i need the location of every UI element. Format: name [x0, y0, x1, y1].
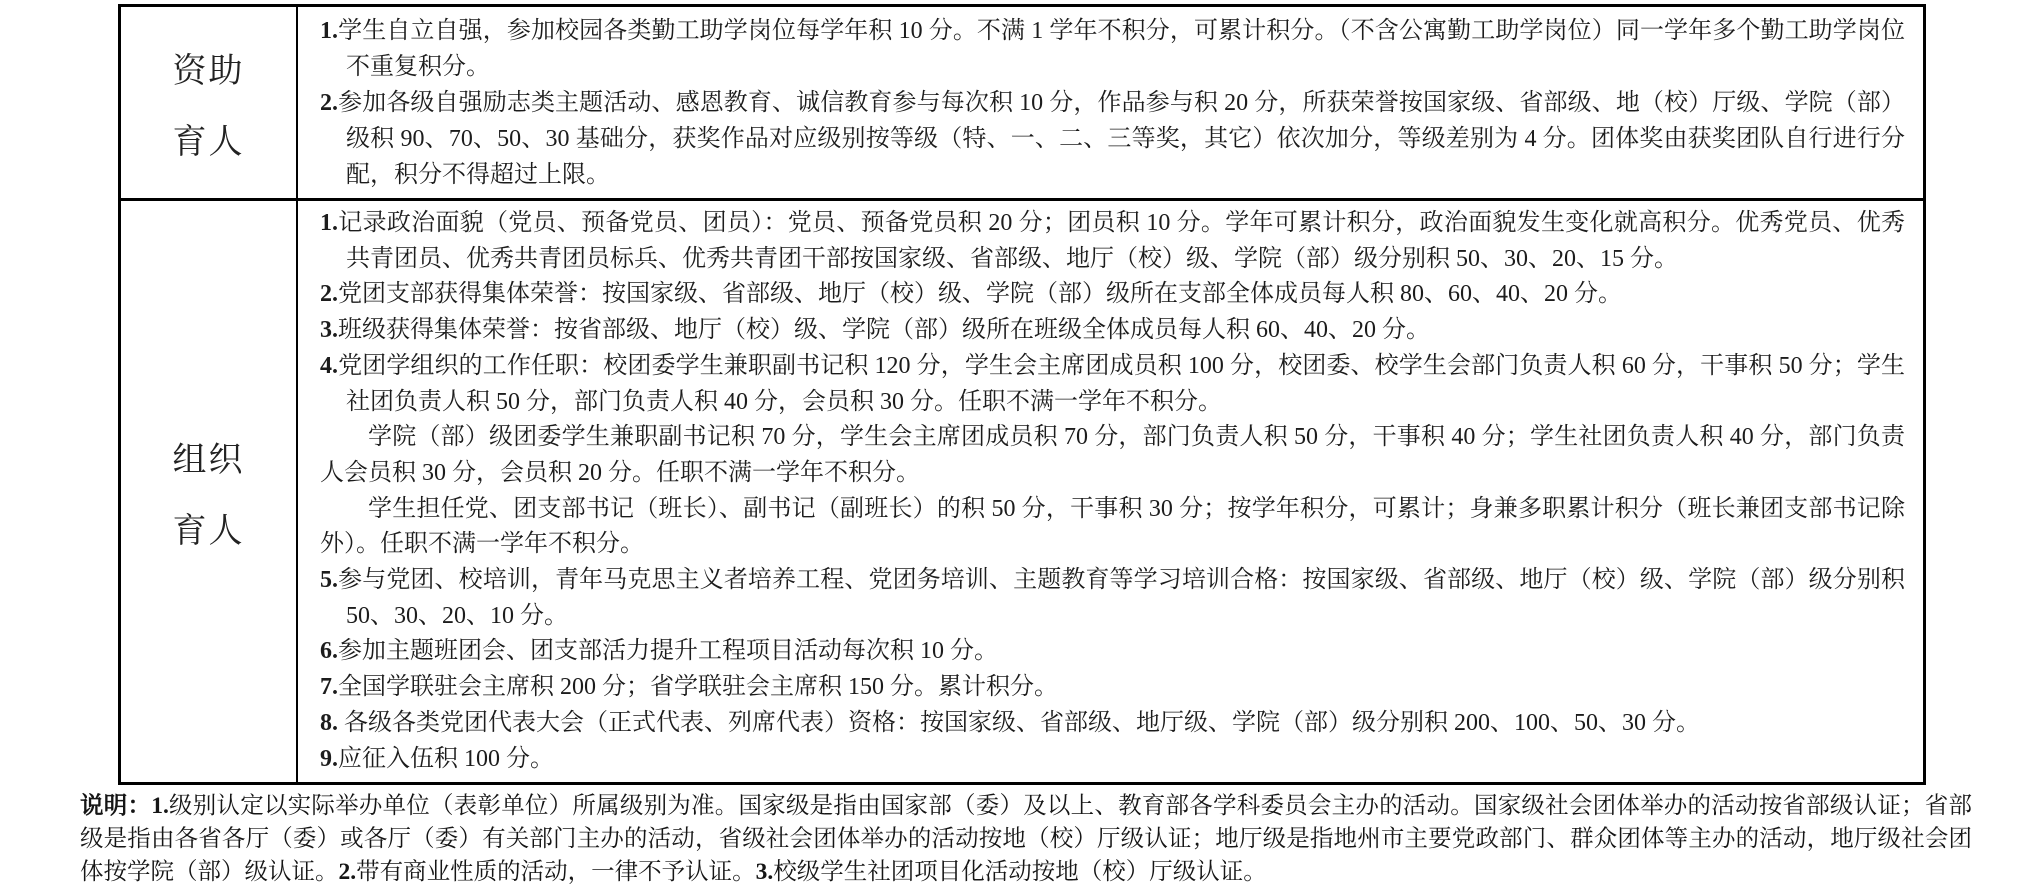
note-item-text: 带有商业性质的活动，一律不予认证。	[356, 859, 756, 885]
item-text: 各级各类党团代表大会（正式代表、列席代表）资格：按国家级、省部级、地厅级、学院（…	[338, 710, 1700, 736]
rule-subitem: 学生担任党、团支部书记（班长）、副书记（副班长）的积 50 分，干事积 30 分…	[320, 492, 1905, 563]
note-item-text: 校级学生社团项目化活动按地（校）厅级认证。	[773, 859, 1267, 885]
item-number: 2.	[320, 90, 338, 116]
note-item-number: 3.	[756, 859, 774, 885]
rule-item: 9.应征入伍积 100 分。	[320, 742, 1905, 778]
item-text: 全国学联驻会主席积 200 分；省学联驻会主席积 150 分。累计积分。	[338, 674, 1058, 700]
note-item-number: 2.	[339, 859, 357, 885]
category-label-line2: 育人	[173, 114, 245, 163]
rule-item: 8. 各级各类党团代表大会（正式代表、列席代表）资格：按国家级、省部级、地厅级、…	[320, 706, 1905, 742]
item-text: 记录政治面貌（党员、预备党员、团员）：党员、预备党员积 20 分；团员积 10 …	[338, 210, 1905, 272]
rule-item: 1.学生自立自强，参加校园各类勤工助学岗位每学年积 10 分。不满 1 学年不积…	[320, 13, 1905, 85]
item-text: 党团学组织的工作任职：校团委学生兼职副书记积 120 分，学生会主席团成员积 1…	[338, 353, 1905, 415]
item-number: 6.	[320, 638, 338, 664]
item-text: 学生担任党、团支部书记（班长）、副书记（副班长）的积 50 分，干事积 30 分…	[320, 496, 1905, 558]
table-row-zuzhi-yuren: 组织 育人 1.记录政治面貌（党员、预备党员、团员）：党员、预备党员积 20 分…	[121, 198, 1923, 782]
category-label-line2: 育人	[173, 503, 245, 552]
item-number: 1.	[320, 210, 338, 236]
item-text: 参与党团、校培训，青年马克思主义者培养工程、党团务培训、主题教育等学习培训合格：…	[338, 567, 1905, 629]
item-number: 7.	[320, 674, 338, 700]
category-label-line1: 组织	[173, 432, 245, 481]
points-table: 资助 育人 1.学生自立自强，参加校园各类勤工助学岗位每学年积 10 分。不满 …	[118, 4, 1926, 785]
item-text: 学院（部）级团委学生兼职副书记积 70 分，学生会主席团成员积 70 分，部门负…	[320, 424, 1905, 486]
item-number: 3.	[320, 317, 338, 343]
rule-item: 7.全国学联驻会主席积 200 分；省学联驻会主席积 150 分。累计积分。	[320, 670, 1905, 706]
rule-item: 2.参加各级自强励志类主题活动、感恩教育、诚信教育参与每次积 10 分，作品参与…	[320, 85, 1905, 193]
notes-paragraph: 说明：1.级别认定以实际举办单位（表彰单位）所属级别为准。国家级是指由国家部（委…	[80, 790, 1972, 886]
rule-item: 3.班级获得集体荣誉：按省部级、地厅（校）级、学院（部）级所在班级全体成员每人积…	[320, 313, 1905, 349]
category-label-line1: 资助	[173, 43, 245, 92]
item-text: 应征入伍积 100 分。	[338, 746, 554, 772]
item-number: 8.	[320, 710, 338, 736]
item-number: 1.	[320, 18, 338, 44]
notes-section: 说明：1.级别认定以实际举办单位（表彰单位）所属级别为准。国家级是指由国家部（委…	[80, 790, 1972, 886]
category-cell-zizhu-yuren: 资助 育人	[121, 7, 298, 198]
rules-cell-zizhu: 1.学生自立自强，参加校园各类勤工助学岗位每学年积 10 分。不满 1 学年不积…	[298, 7, 1923, 198]
note-item-number: 1.	[151, 793, 169, 819]
rule-item: 5.参与党团、校培训，青年马克思主义者培养工程、党团务培训、主题教育等学习培训合…	[320, 563, 1905, 634]
category-cell-zuzhi-yuren: 组织 育人	[121, 201, 298, 782]
item-text: 学生自立自强，参加校园各类勤工助学岗位每学年积 10 分。不满 1 学年不积分，…	[338, 18, 1905, 80]
document-page: 资助 育人 1.学生自立自强，参加校园各类勤工助学岗位每学年积 10 分。不满 …	[0, 0, 2030, 886]
item-text: 参加主题班团会、团支部活力提升工程项目活动每次积 10 分。	[338, 638, 998, 664]
rules-cell-zuzhi: 1.记录政治面貌（党员、预备党员、团员）：党员、预备党员积 20 分；团员积 1…	[298, 201, 1923, 782]
item-text: 参加各级自强励志类主题活动、感恩教育、诚信教育参与每次积 10 分，作品参与积 …	[338, 90, 1905, 188]
item-text: 班级获得集体荣誉：按省部级、地厅（校）级、学院（部）级所在班级全体成员每人积 6…	[338, 317, 1430, 343]
rule-item: 6.参加主题班团会、团支部活力提升工程项目活动每次积 10 分。	[320, 634, 1905, 670]
rule-item: 1.记录政治面貌（党员、预备党员、团员）：党员、预备党员积 20 分；团员积 1…	[320, 206, 1905, 277]
note-label: 说明：	[80, 793, 151, 819]
rule-subitem: 学院（部）级团委学生兼职副书记积 70 分，学生会主席团成员积 70 分，部门负…	[320, 420, 1905, 491]
rule-item: 4.党团学组织的工作任职：校团委学生兼职副书记积 120 分，学生会主席团成员积…	[320, 349, 1905, 420]
item-number: 2.	[320, 281, 338, 307]
item-number: 4.	[320, 353, 338, 379]
item-text: 党团支部获得集体荣誉：按国家级、省部级、地厅（校）级、学院（部）级所在支部全体成…	[338, 281, 1622, 307]
table-row-zizhu-yuren: 资助 育人 1.学生自立自强，参加校园各类勤工助学岗位每学年积 10 分。不满 …	[121, 7, 1923, 198]
item-number: 5.	[320, 567, 338, 593]
rule-item: 2.党团支部获得集体荣誉：按国家级、省部级、地厅（校）级、学院（部）级所在支部全…	[320, 277, 1905, 313]
item-number: 9.	[320, 746, 338, 772]
